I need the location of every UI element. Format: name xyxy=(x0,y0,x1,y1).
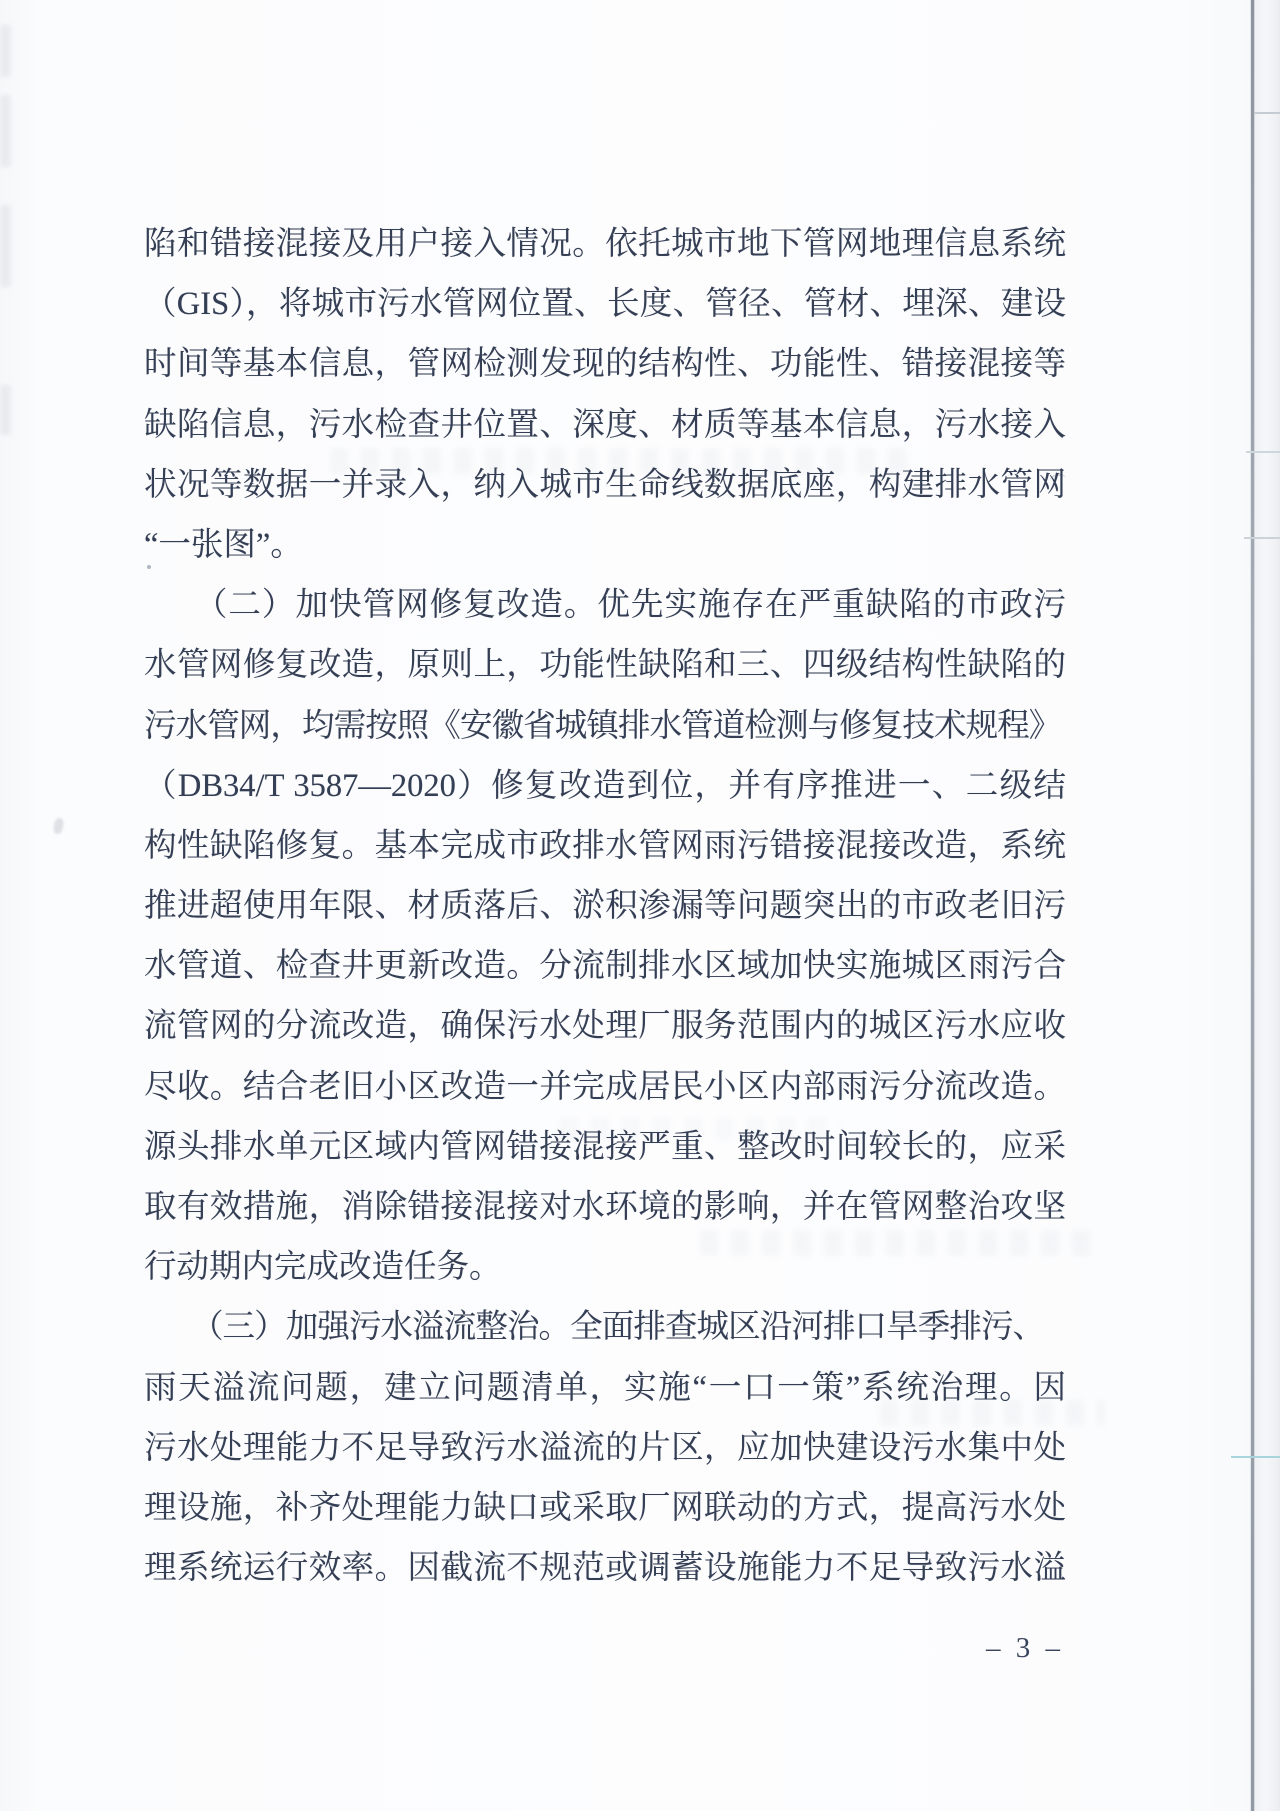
text-line: 陷和错接混接及用户接入情况。依托城市地下管网地理信息系统 xyxy=(144,214,1066,274)
text-line: 污水处理能力不足导致污水溢流的片区，应加快建设污水集中处 xyxy=(144,1418,1066,1478)
text-line: 理设施，补齐处理能力缺口或采取厂网联动的方式，提高污水处 xyxy=(144,1478,1066,1538)
text-line: 尽收。结合老旧小区改造一并完成居民小区内部雨污分流改造。 xyxy=(144,1057,1066,1117)
scan-smudge xyxy=(0,25,11,77)
scan-hairline xyxy=(1231,1456,1280,1458)
scan-edge-line xyxy=(1251,0,1254,1811)
text-line: 缺陷信息，污水检查井位置、深度、材质等基本信息，污水接入 xyxy=(144,395,1066,455)
text-line: 构性缺陷修复。基本完成市政排水管网雨污错接混接改造，系统 xyxy=(144,816,1066,876)
text-line: （GIS），将城市污水管网位置、长度、管径、管材、埋深、建设 xyxy=(144,274,1066,334)
text-line-paragraph-2-start: （二）加快管网修复改造。优先实施存在严重缺陷的市政污 xyxy=(144,575,1066,635)
text-line: 状况等数据一并录入，纳入城市生命线数据底座，构建排水管网 xyxy=(144,455,1066,515)
scan-smudge xyxy=(0,205,11,287)
text-line: 水管网修复改造，原则上，功能性缺陷和三、四级结构性缺陷的 xyxy=(144,635,1066,695)
scan-smudge xyxy=(0,385,11,435)
scan-hairline xyxy=(1246,451,1280,453)
scan-hairline xyxy=(1254,112,1280,114)
text-line: 理系统运行效率。因截流不规范或调蓄设施能力不足导致污水溢 xyxy=(144,1538,1066,1598)
text-line: （DB34/T 3587—2020）修复改造到位，并有序推进一、二级结 xyxy=(144,756,1066,816)
text-line: 时间等基本信息，管网检测发现的结构性、功能性、错接混接等 xyxy=(144,334,1066,394)
text-line: 水管道、检查井更新改造。分流制排水区域加快实施城区雨污合 xyxy=(144,936,1066,996)
scan-hairline xyxy=(1244,537,1280,539)
document-text: 陷和错接混接及用户接入情况。依托城市地下管网地理信息系统 （GIS），将城市污水… xyxy=(144,214,1066,1598)
document-page: 陷和错接混接及用户接入情况。依托城市地下管网地理信息系统 （GIS），将城市污水… xyxy=(0,0,1280,1811)
text-line: 流管网的分流改造，确保污水处理厂服务范围内的城区污水应收 xyxy=(144,996,1066,1056)
text-line: 推进超使用年限、材质落后、淤积渗漏等问题突出的市政老旧污 xyxy=(144,876,1066,936)
page-number: – 3 – xyxy=(975,1628,1075,1668)
text-line: “一张图”。 xyxy=(144,515,1066,575)
scan-edge-strip xyxy=(1254,0,1280,1811)
scan-speck xyxy=(52,817,64,835)
text-line: 源头排水单元区域内管网错接混接严重、整改时间较长的，应采 xyxy=(144,1117,1066,1177)
text-line: 行动期内完成改造任务。 xyxy=(144,1237,1066,1297)
text-line: 污水管网，均需按照《安徽省城镇排水管道检测与修复技术规程》 xyxy=(144,696,1066,756)
text-line: 取有效措施，消除错接混接对水环境的影响，并在管网整治攻坚 xyxy=(144,1177,1066,1237)
scan-smudge xyxy=(0,95,11,167)
text-line-paragraph-3-start: （三）加强污水溢流整治。全面排查城区沿河排口旱季排污、 xyxy=(144,1297,1066,1357)
text-line: 雨天溢流问题，建立问题清单，实施“一口一策”系统治理。因 xyxy=(144,1358,1066,1418)
